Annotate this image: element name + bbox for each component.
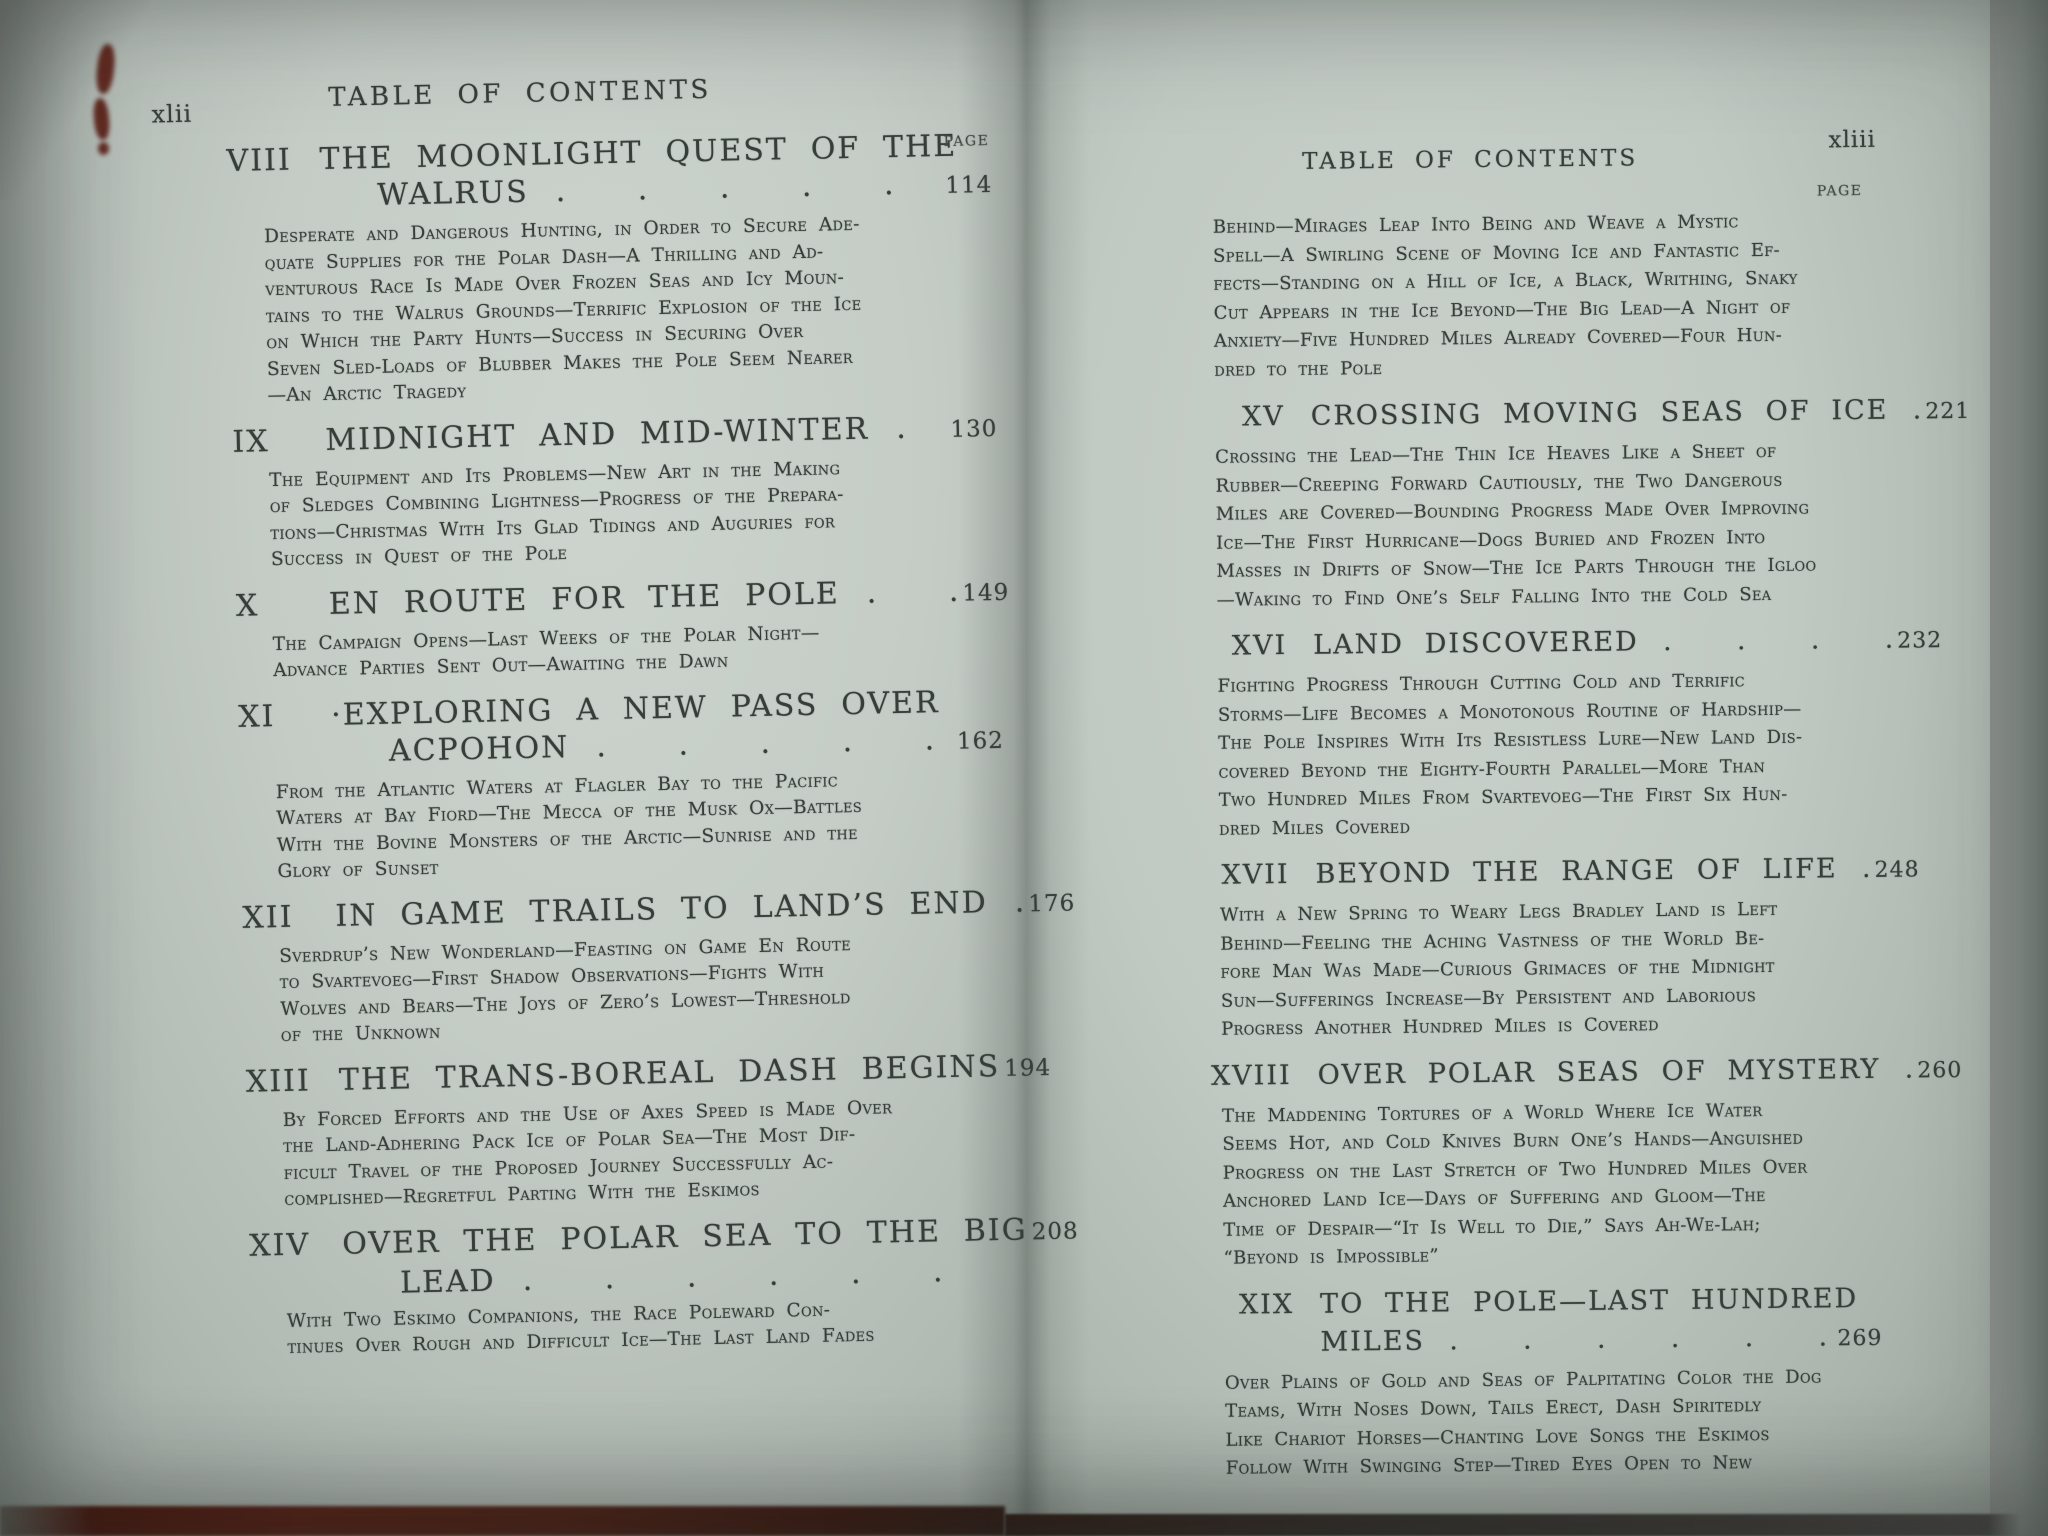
chapter-title: MIDNIGHT AND MID-WINTER	[325, 410, 869, 458]
chapter-heading: XVILAND DISCOVERED. . . .232	[1195, 621, 1875, 668]
chapter-heading: VIIITHE MOONLIGHT QUEST OF THEWALRUS. . …	[226, 127, 992, 220]
chapter-heading: XIVOVER THE POLAR SEA TO THE BIG208LEAD.…	[249, 1211, 1015, 1304]
toc-entry: XVCROSSING MOVING SEAS OF ICE.221Crossin…	[1193, 392, 1875, 615]
chapter-title: THE TRANS-BOREAL DASH BEGINS	[338, 1047, 1000, 1098]
chapter-title: TO THE POLE—LAST HUNDRED	[1320, 1280, 1858, 1324]
chapter-page-number: 208	[1031, 1213, 1079, 1251]
chapter-description: Desperate and Dangerous Hunting, in Orde…	[228, 209, 997, 410]
toc-entry: XVIIIOVER POLAR SEAS OF MYSTERY.260The M…	[1200, 1050, 1882, 1273]
dot-leader: . . . . .	[596, 721, 935, 765]
page-fore-edge	[1988, 0, 2048, 1536]
dot-leader: . . . . . .	[1449, 1318, 1827, 1360]
leader-space	[957, 155, 991, 156]
left-folio: xlii	[151, 100, 192, 129]
chapter-numeral: XVIII	[1200, 1056, 1292, 1095]
leader-space	[940, 710, 1004, 711]
toc-entry: VIIITHE MOONLIGHT QUEST OF THEWALRUS. . …	[226, 127, 996, 410]
chapter-numeral: XV	[1193, 398, 1285, 437]
chapter-heading-line: XVCROSSING MOVING SEAS OF ICE.221	[1193, 392, 1873, 439]
right-folio: xliii	[1828, 127, 1876, 153]
toc-entry: XIIIN GAME TRAILS TO LAND’S END.176Sverd…	[242, 883, 1010, 1050]
toc-entry: XIVOVER THE POLAR SEA TO THE BIG208LEAD.…	[249, 1211, 1017, 1362]
chapter-numeral: XVI	[1195, 627, 1287, 666]
chapter-page-number: 149	[962, 574, 1010, 612]
chapter-description: The Maddening Tortures of a World Where …	[1200, 1095, 1882, 1273]
toc-entry: IXMIDNIGHT AND MID-WINTER.130The Equipme…	[232, 407, 1000, 574]
toc-entry: XEN ROUTE FOR THE POLE. .149The Campaign…	[236, 571, 1003, 685]
chapter-page-number: 130	[950, 410, 998, 448]
chapter-description: From the Atlantic Waters at Flagler Bay …	[240, 764, 1007, 886]
chapter-page-number: 194	[1004, 1049, 1052, 1087]
chapter-description: With a New Spring to Weary Legs Bradley …	[1198, 895, 1879, 1045]
chapter-title: CROSSING MOVING SEAS OF ICE	[1311, 392, 1889, 436]
dot-leader: . . . . . .	[522, 1253, 943, 1299]
chapter-title: ACPOHON	[389, 728, 570, 769]
chapter-title: WALRUS	[377, 174, 529, 214]
dot-leader: .	[1904, 1050, 1913, 1088]
chapter-numeral: XII	[242, 898, 323, 937]
chapter-numeral: IX	[232, 422, 313, 461]
chapter-title: BEYOND THE RANGE OF LIFE	[1315, 850, 1837, 893]
dot-leader: .	[1862, 850, 1871, 888]
right-toc-entries: XVCROSSING MOVING SEAS OF ICE.221Crossin…	[1193, 392, 1884, 1484]
chapter-xiv-continuation: Behind—Mirages Leap Into Being and Weave…	[1191, 207, 1873, 385]
chapter-description: The Campaign Opens—Last Weeks of the Pol…	[236, 616, 1002, 685]
right-page-content: xliii TABLE OF CONTENTS PAGE Behind—Mira…	[1190, 143, 1884, 1497]
chapter-numeral: XIX	[1202, 1285, 1294, 1324]
dot-leader: .	[1913, 391, 1922, 429]
chapter-title: OVER POLAR SEAS OF MYSTERY	[1317, 1050, 1880, 1094]
chapter-description: Sverdrup’s New Wonderland—Feasting on Ga…	[243, 928, 1010, 1050]
open-book-photo: xlii TABLE OF CONTENTS PAGE VIIITHE MOON…	[0, 0, 2048, 1536]
chapter-title: LEAD	[400, 1262, 496, 1301]
right-page-column-label: PAGE	[1190, 183, 1862, 206]
chapter-title: IN GAME TRAILS TO LAND’S END	[335, 884, 988, 935]
leader-space	[943, 1279, 1016, 1281]
chapter-page-number: 232	[1897, 622, 1942, 660]
toc-entry: XVIIBEYOND THE RANGE OF LIFE.248With a N…	[1197, 850, 1879, 1045]
chapter-description: By Forced Efforts and the Use of Axes Sp…	[246, 1092, 1013, 1214]
chapter-heading-line: XVILAND DISCOVERED. . . .232	[1195, 621, 1875, 668]
dot-leader: .	[1014, 883, 1024, 920]
toc-entry: XVILAND DISCOVERED. . . .232Fighting Pro…	[1195, 621, 1877, 844]
chapter-heading: XVIIIOVER POLAR SEAS OF MYSTERY.260	[1200, 1050, 1880, 1097]
chapter-page-number: 269	[1837, 1319, 1882, 1357]
chapter-page-number: 176	[1028, 885, 1076, 923]
chapter-numeral: VIII	[226, 141, 307, 180]
chapter-heading-line: XVIIBEYOND THE RANGE OF LIFE.248	[1197, 850, 1877, 897]
cover-bottom-edge	[1005, 1514, 2048, 1536]
chapter-heading-line: XVIIIOVER POLAR SEAS OF MYSTERY.260	[1200, 1050, 1880, 1097]
chapter-numeral: XIV	[249, 1226, 330, 1265]
red-cover-bottom-edge	[0, 1506, 1005, 1536]
toc-entry: XIIITHE TRANS-BOREAL DASH BEGINS194By Fo…	[245, 1047, 1013, 1214]
chapter-page-number: 114	[945, 167, 993, 205]
chapter-numeral: XI	[238, 697, 319, 736]
chapter-title: EN ROUTE FOR THE POLE	[329, 575, 841, 623]
dot-leader: . . . .	[1663, 621, 1894, 661]
left-toc-entries: VIIITHE MOONLIGHT QUEST OF THEWALRUS. . …	[226, 127, 1016, 1362]
chapter-numeral: X	[236, 586, 317, 625]
chapter-numeral: XVII	[1197, 856, 1289, 895]
chapter-numeral: XIII	[245, 1062, 326, 1101]
chapter-page-number: 162	[957, 722, 1005, 760]
chapter-page-number: 260	[1917, 1051, 1962, 1089]
dot-leader: .	[896, 409, 906, 446]
toc-entry: XIXTO THE POLE—LAST HUNDREDMILES. . . . …	[1202, 1279, 1884, 1483]
red-cover-mark	[98, 142, 109, 155]
chapter-heading-line: MILES. . . . . .269	[1202, 1317, 1882, 1364]
table-surface-corner	[0, 0, 150, 200]
chapter-description: Over Plains of Gold and Seas of Palpitat…	[1203, 1362, 1884, 1483]
leader-space	[894, 193, 946, 194]
dot-leader: . . . . .	[555, 166, 894, 210]
description-line: Progress Another Hundred Miles is Covere…	[1199, 1009, 1879, 1045]
description-line: Follow With Swinging Step—Tired Eyes Ope…	[1204, 1448, 1884, 1484]
chapter-description: Fighting Progress Through Cutting Cold a…	[1195, 666, 1877, 844]
right-page-title: TABLE OF CONTENTS	[1302, 143, 1870, 175]
chapter-heading: XIXTO THE POLE—LAST HUNDREDMILES. . . . …	[1202, 1279, 1883, 1364]
chapter-page-number: 221	[1925, 393, 1970, 431]
chapter-description: The Equipment and Its Problems—New Art i…	[233, 452, 1000, 574]
left-page-content: xlii TABLE OF CONTENTS PAGE VIIITHE MOON…	[225, 69, 1017, 1375]
description-line: “Beyond is Impossible”	[1201, 1238, 1881, 1274]
chapter-heading: XVIIBEYOND THE RANGE OF LIFE.248	[1197, 850, 1877, 897]
chapter-heading: XVCROSSING MOVING SEAS OF ICE.221	[1193, 392, 1873, 439]
chapter-page-number: 248	[1874, 851, 1919, 889]
toc-entry: XI·EXPLORING A NEW PASS OVERACPOHON. . .…	[238, 682, 1007, 886]
chapter-description: With Two Eskimo Companions, the Race Pol…	[251, 1293, 1017, 1362]
chapter-title: LAND DISCOVERED	[1313, 623, 1639, 664]
chapter-title: MILES	[1320, 1322, 1425, 1361]
chapter-heading: XI·EXPLORING A NEW PASS OVERACPOHON. . .…	[238, 682, 1004, 775]
dot-leader: . .	[866, 572, 958, 611]
leader-space	[906, 436, 951, 437]
left-page-column-label: PAGE	[944, 133, 990, 150]
chapter-description: Crossing the Lead—The Thin Ice Heaves Li…	[1193, 437, 1875, 615]
